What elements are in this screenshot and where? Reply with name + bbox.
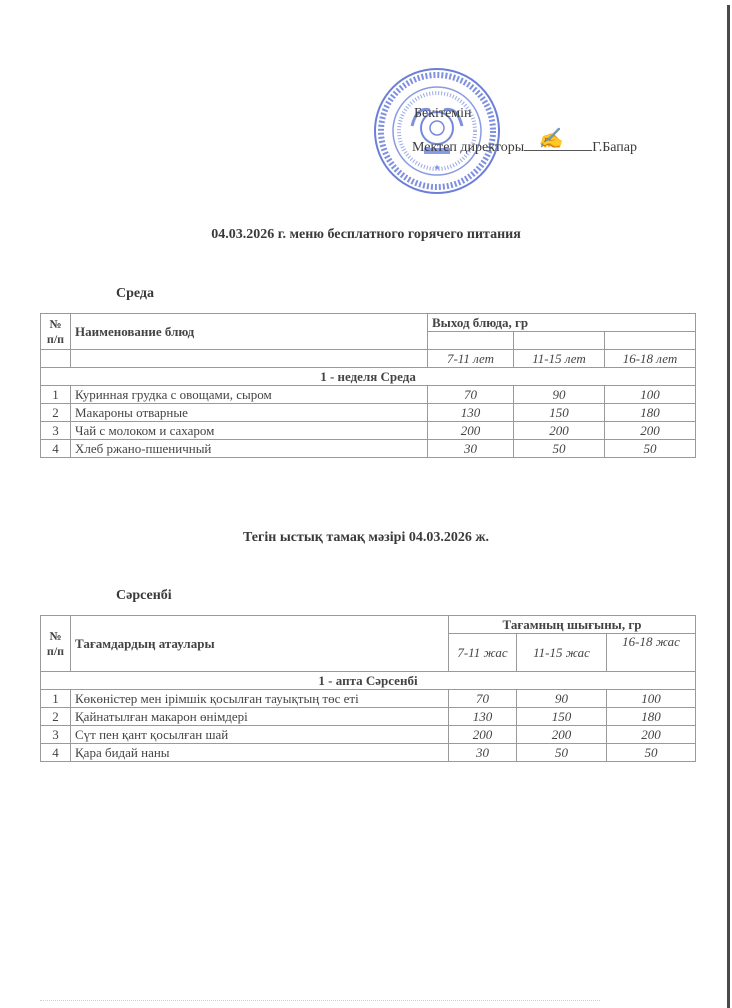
portion-value: 50	[514, 440, 605, 458]
portion-value: 200	[514, 422, 605, 440]
age-header-7-11: 7-11 лет	[428, 350, 514, 368]
portion-value: 200	[428, 422, 514, 440]
approval-label: Бекітемін	[414, 106, 472, 122]
row-number: 4	[41, 744, 71, 762]
col-header-output: Тағамның шығыны, гр	[449, 616, 696, 634]
table-row: 1 Куринная грудка с овощами, сыром 70 90…	[41, 386, 696, 404]
table-row: 4 Хлеб ржано-пшеничный 30 50 50	[41, 440, 696, 458]
portion-value: 50	[607, 744, 696, 762]
portion-value: 200	[449, 726, 517, 744]
table-row: 1 Көкөністер мен ірімшік қосылған тауықт…	[41, 690, 696, 708]
director-name: Г.Бапар	[592, 140, 637, 155]
dish-name: Чай с молоком и сахаром	[71, 422, 428, 440]
age-header-16-18: 16-18 жас	[607, 634, 696, 672]
col-header-number: № п/п	[41, 314, 71, 350]
dish-name: Қайнатылған макарон өнімдері	[71, 708, 449, 726]
ru-day-label: Среда	[116, 286, 154, 302]
age-header-11-15: 11-15 лет	[514, 350, 605, 368]
col-header-number: № п/п	[41, 616, 71, 672]
portion-value: 50	[605, 440, 696, 458]
kz-menu-table: № п/п Тағамдардың атаулары Тағамның шығы…	[40, 615, 696, 762]
portion-value: 100	[605, 386, 696, 404]
week-row: 1 - неделя Среда	[41, 368, 696, 386]
official-stamp-icon: ★	[372, 66, 502, 196]
portion-value: 200	[517, 726, 607, 744]
portion-value: 130	[428, 404, 514, 422]
age-header-16-18: 16-18 лет	[605, 350, 696, 368]
portion-value: 130	[449, 708, 517, 726]
portion-value: 30	[449, 744, 517, 762]
row-number: 1	[41, 386, 71, 404]
director-signature-line: Мектеп директоры✍Г.Бапар	[412, 138, 637, 156]
table-row: 2 Макароны отварные 130 150 180	[41, 404, 696, 422]
row-number: 1	[41, 690, 71, 708]
age-header-11-15: 11-15 жас	[517, 634, 607, 672]
dish-name: Хлеб ржано-пшеничный	[71, 440, 428, 458]
dish-name: Көкөністер мен ірімшік қосылған тауықтың…	[71, 690, 449, 708]
row-number: 2	[41, 708, 71, 726]
portion-value: 70	[449, 690, 517, 708]
row-number: 3	[41, 422, 71, 440]
kz-menu-title: Тегін ыстық тамақ мәзірі 04.03.2026 ж.	[0, 530, 732, 546]
portion-value: 150	[517, 708, 607, 726]
table-row: 3 Сүт пен қант қосылған шай 200 200 200	[41, 726, 696, 744]
week-row: 1 - апта Сәрсенбі	[41, 672, 696, 690]
table-row: 3 Чай с молоком и сахаром 200 200 200	[41, 422, 696, 440]
portion-value: 70	[428, 386, 514, 404]
row-number: 4	[41, 440, 71, 458]
col-header-dish-name: Наименование блюд	[71, 314, 428, 350]
row-number: 2	[41, 404, 71, 422]
portion-value: 50	[517, 744, 607, 762]
dish-name: Сүт пен қант қосылған шай	[71, 726, 449, 744]
director-label: Мектеп директоры	[412, 140, 524, 155]
scan-artifact	[40, 1000, 600, 1002]
table-row: 2 Қайнатылған макарон өнімдері 130 150 1…	[41, 708, 696, 726]
portion-value: 200	[607, 726, 696, 744]
ru-menu-title: 04.03.2026 г. меню бесплатного горячего …	[0, 227, 732, 243]
dish-name: Қара бидай наны	[71, 744, 449, 762]
dish-name: Куринная грудка с овощами, сыром	[71, 386, 428, 404]
portion-value: 180	[607, 708, 696, 726]
dish-name: Макароны отварные	[71, 404, 428, 422]
col-header-dish-name: Тағамдардың атаулары	[71, 616, 449, 672]
col-header-output: Выход блюда, гр	[428, 314, 696, 332]
portion-value: 100	[607, 690, 696, 708]
signature-line: ✍	[524, 138, 592, 151]
kz-day-label: Сәрсенбі	[116, 588, 172, 604]
table-row: 4 Қара бидай наны 30 50 50	[41, 744, 696, 762]
scan-edge-line	[727, 5, 730, 1008]
portion-value: 200	[605, 422, 696, 440]
portion-value: 150	[514, 404, 605, 422]
ru-menu-table: № п/п Наименование блюд Выход блюда, гр …	[40, 313, 696, 458]
portion-value: 30	[428, 440, 514, 458]
age-header-7-11: 7-11 жас	[449, 634, 517, 672]
row-number: 3	[41, 726, 71, 744]
portion-value: 90	[517, 690, 607, 708]
svg-text:★: ★	[433, 163, 440, 172]
signature-icon: ✍	[538, 126, 563, 151]
portion-value: 90	[514, 386, 605, 404]
portion-value: 180	[605, 404, 696, 422]
